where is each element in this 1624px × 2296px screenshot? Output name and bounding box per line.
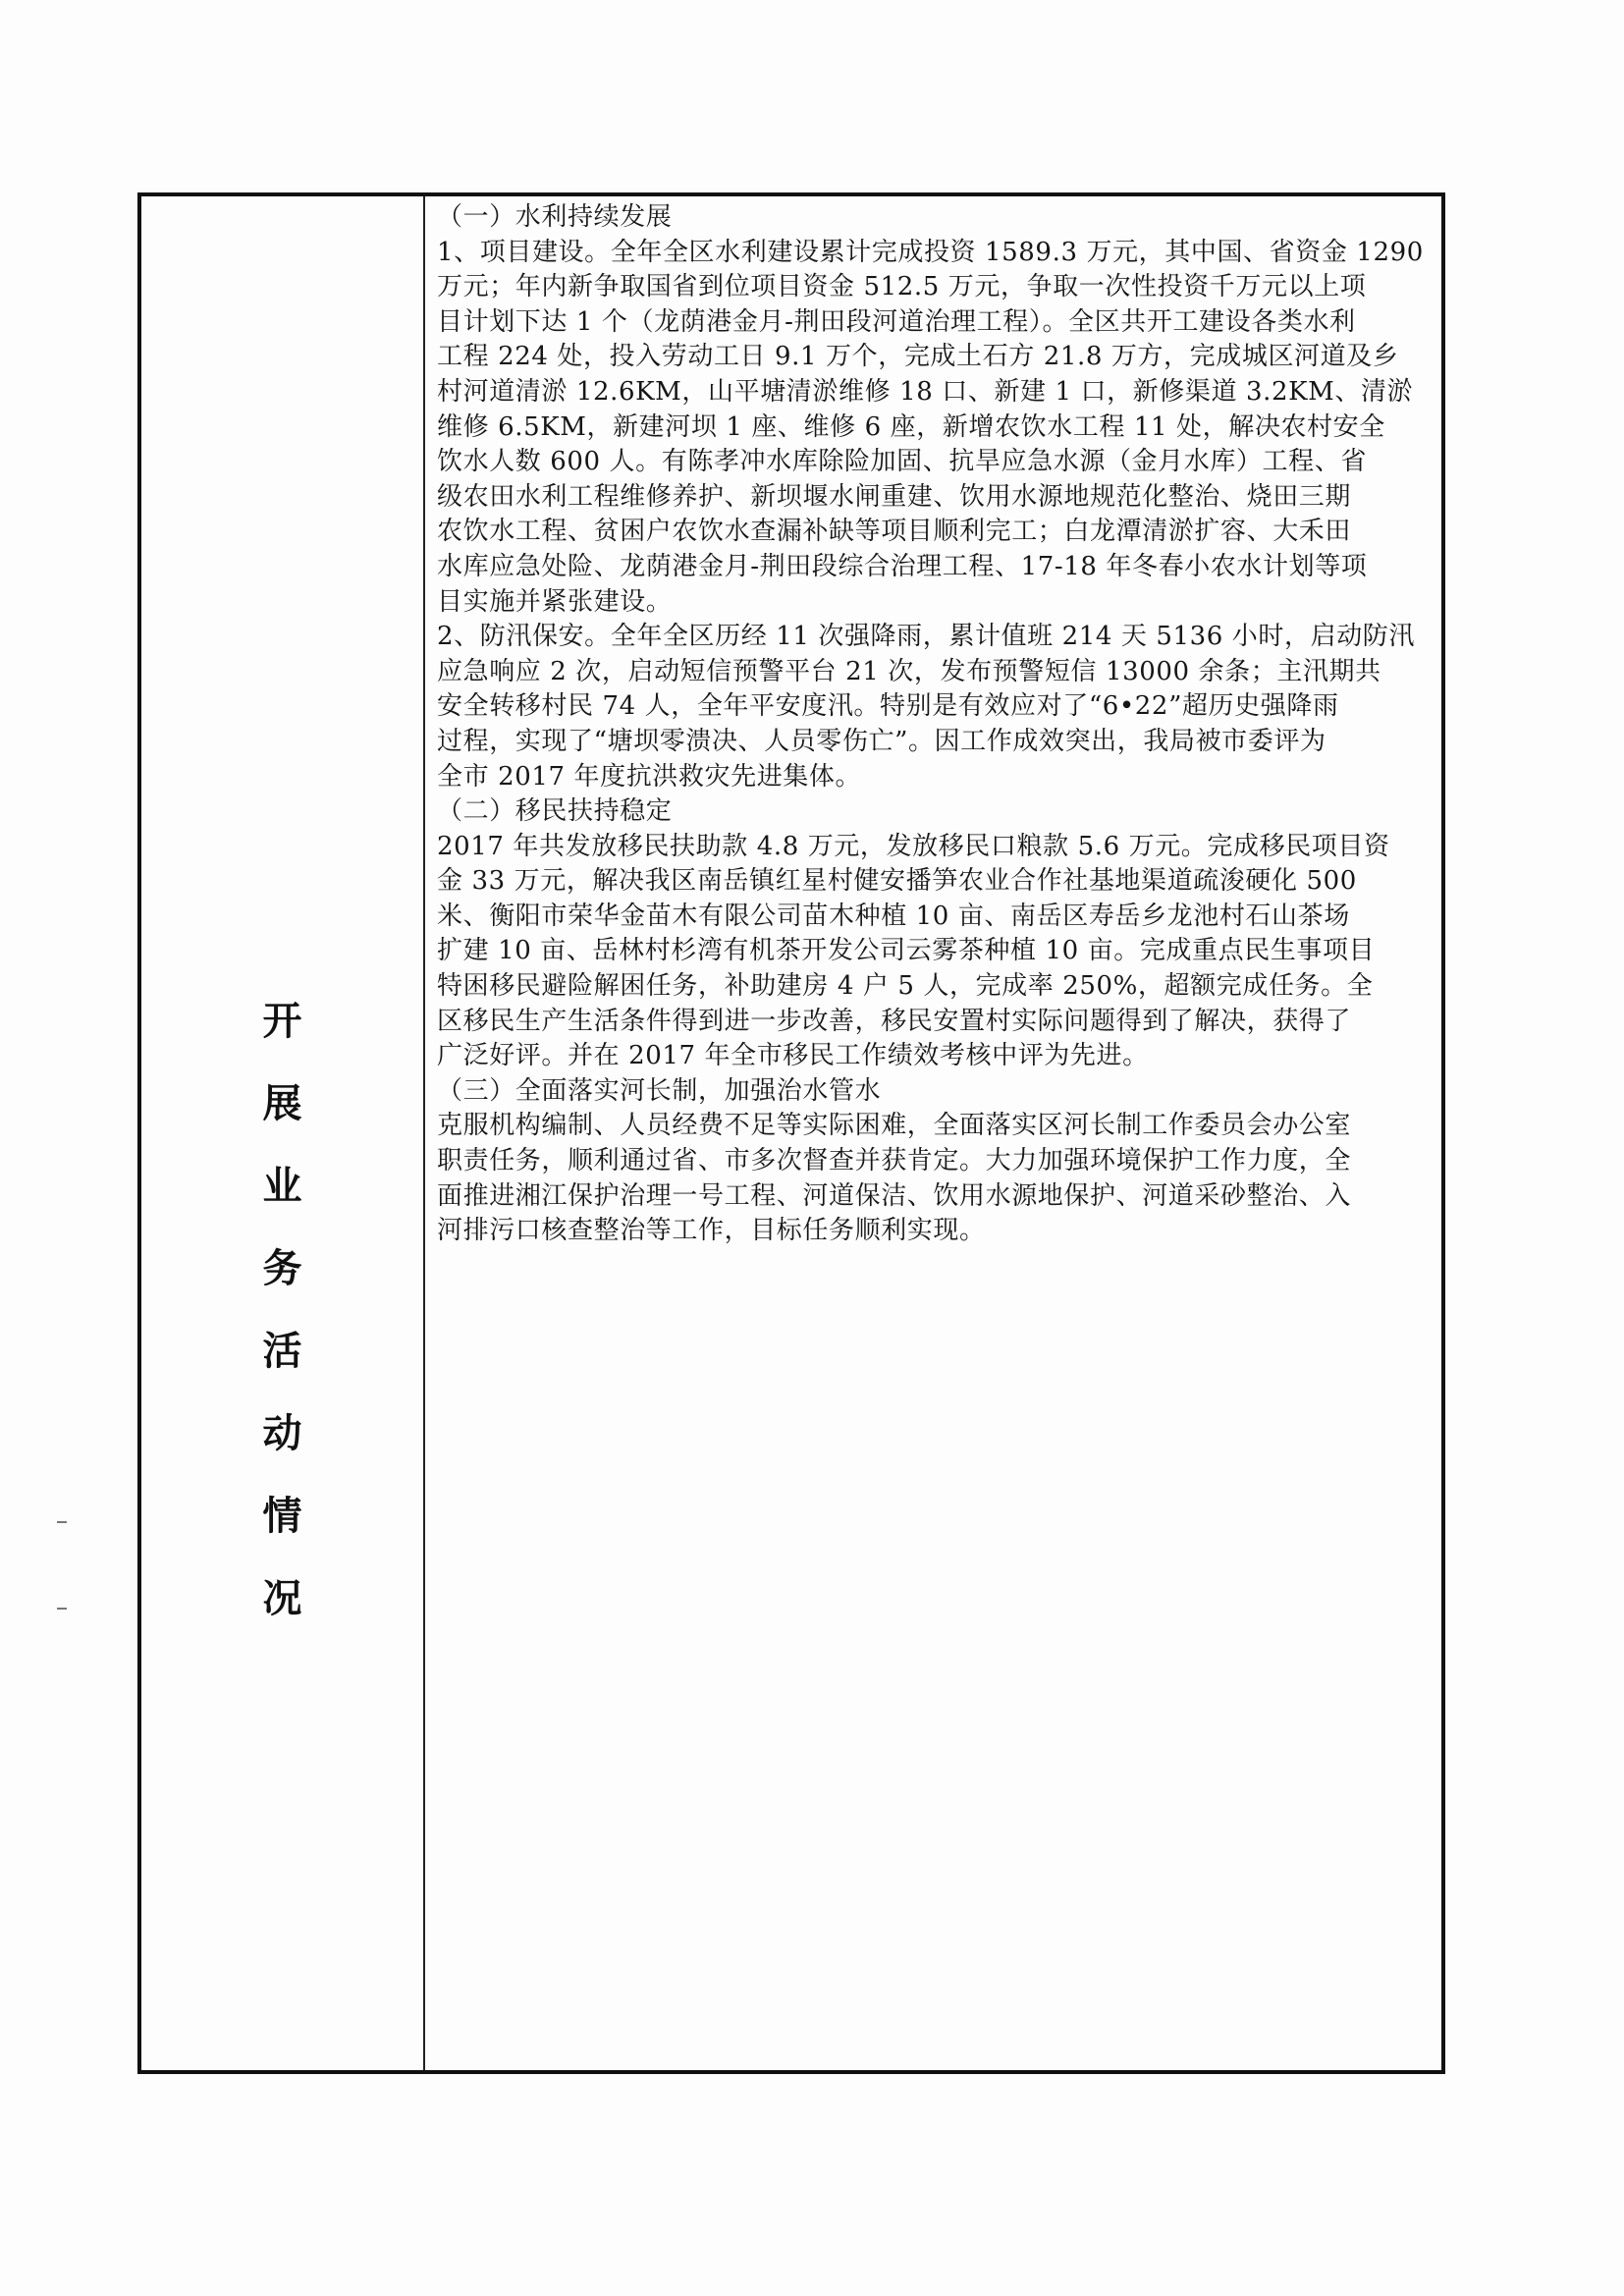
row-label-char: 况 — [263, 1579, 302, 1618]
paragraph-line: 区移民生产生活条件得到进一步改善，移民安置村实际问题得到了解决，获得了 — [437, 1005, 1434, 1040]
paragraph-line: 饮水人数 600 人。有陈孝冲水库除险加固、抗旱应急水源（金月水库）工程、省 — [437, 445, 1434, 480]
row-label-vertical: 开 展 业 务 活 动 情 况 — [141, 1002, 423, 1662]
paragraph-line: 面推进湘江保护治理一号工程、河道保洁、饮用水源地保护、河道采砂整治、入 — [437, 1179, 1434, 1215]
paragraph-line: 万元；年内新争取国省到位项目资金 512.5 万元，争取一次性投资千万元以上项 — [437, 270, 1434, 305]
paragraph-line: 河排污口核查整治等工作，目标任务顺利实现。 — [437, 1214, 1434, 1249]
paragraph-line: 维修 6.5KM，新建河坝 1 座、维修 6 座，新增农饮水工程 11 处，解决… — [437, 410, 1434, 446]
paragraph-line: 目计划下达 1 个（龙荫港金月-荆田段河道治理工程）。全区共开工建设各类水利 — [437, 305, 1434, 341]
paragraph-line: 过程，实现了“塘坝零溃决、人员零伤亡”。因工作成效突出，我局被市委评为 — [437, 725, 1434, 760]
paragraph-line: 1、项目建设。全年全区水利建设累计完成投资 1589.3 万元，其中国、省资金 … — [437, 236, 1434, 271]
paragraph-line: 安全转移村民 74 人，全年平安度汛。特别是有效应对了“6•22”超历史强降雨 — [437, 689, 1434, 725]
row-label-char: 开 — [263, 1002, 302, 1041]
report-table: 开 展 业 务 活 动 情 况 （一）水利持续发展 1、项目建设。全年全区水利建… — [137, 192, 1445, 2074]
paragraph-line: 职责任务，顺利通过省、市多次督查并获肯定。大力加强环境保护工作力度，全 — [437, 1144, 1434, 1179]
scan-artifact-mark — [57, 1521, 67, 1523]
section-heading-resettlement: （二）移民扶持稳定 — [437, 794, 1434, 830]
paragraph-line: 克服机构编制、人员经费不足等实际困难，全面落实区河长制工作委员会办公室 — [437, 1109, 1434, 1144]
paragraph-line: 级农田水利工程维修养护、新坝堰水闸重建、饮用水源地规范化整治、烧田三期 — [437, 480, 1434, 516]
paragraph-line: 扩建 10 亩、岳林村杉湾有机茶开发公司云雾茶种植 10 亩。完成重点民生事项目 — [437, 934, 1434, 969]
section-heading-water-development: （一）水利持续发展 — [437, 200, 1434, 236]
paragraph-line: 应急响应 2 次，启动短信预警平台 21 次，发布预警短信 13000 余条；主… — [437, 655, 1434, 690]
paragraph-line: 特困移民避险解困任务，补助建房 4 户 5 人，完成率 250%，超额完成任务。… — [437, 969, 1434, 1005]
row-label-char: 展 — [263, 1084, 302, 1123]
row-label-char: 情 — [263, 1497, 302, 1536]
row-label-cell: 开 展 业 务 活 动 情 况 — [141, 196, 425, 2070]
paragraph-line: 目实施并紧张建设。 — [437, 585, 1434, 621]
content-cell: （一）水利持续发展 1、项目建设。全年全区水利建设累计完成投资 1589.3 万… — [425, 196, 1441, 2070]
paragraph-line: 金 33 万元，解决我区南岳镇红星村健安播笋农业合作社基地渠道疏浚硬化 500 — [437, 864, 1434, 900]
paragraph-line: 农饮水工程、贫困户农饮水查漏补缺等项目顺利完工；白龙潭清淤扩容、大禾田 — [437, 515, 1434, 550]
paragraph-line: 全市 2017 年度抗洪救灾先进集体。 — [437, 760, 1434, 795]
row-label-char: 务 — [263, 1249, 302, 1288]
paragraph-line: 2017 年共发放移民扶助款 4.8 万元，发放移民口粮款 5.6 万元。完成移… — [437, 830, 1434, 865]
paragraph-line: 广泛好评。并在 2017 年全市移民工作绩效考核中评为先进。 — [437, 1039, 1434, 1074]
row-label-char: 业 — [263, 1167, 302, 1206]
scanned-page: 开 展 业 务 活 动 情 况 （一）水利持续发展 1、项目建设。全年全区水利建… — [0, 0, 1624, 2296]
scan-artifact-mark — [57, 1608, 67, 1610]
paragraph-line: 水库应急处险、龙荫港金月-荆田段综合治理工程、17-18 年冬春小农水计划等项 — [437, 550, 1434, 585]
section-heading-river-chief: （三）全面落实河长制，加强治水管水 — [437, 1074, 1434, 1110]
row-label-char: 活 — [263, 1332, 302, 1371]
paragraph-line: 村河道清淤 12.6KM，山平塘清淤维修 18 口、新建 1 口，新修渠道 3.… — [437, 375, 1434, 410]
paragraph-line: 2、防汛保安。全年全区历经 11 次强降雨，累计值班 214 天 5136 小时… — [437, 620, 1434, 655]
row-label-char: 动 — [263, 1414, 302, 1453]
paragraph-line: 米、衡阳市荣华金苗木有限公司苗木种植 10 亩、南岳区寿岳乡龙池村石山茶场 — [437, 900, 1434, 935]
paragraph-line: 工程 224 处，投入劳动工日 9.1 万个，完成土石方 21.8 万方，完成城… — [437, 340, 1434, 375]
